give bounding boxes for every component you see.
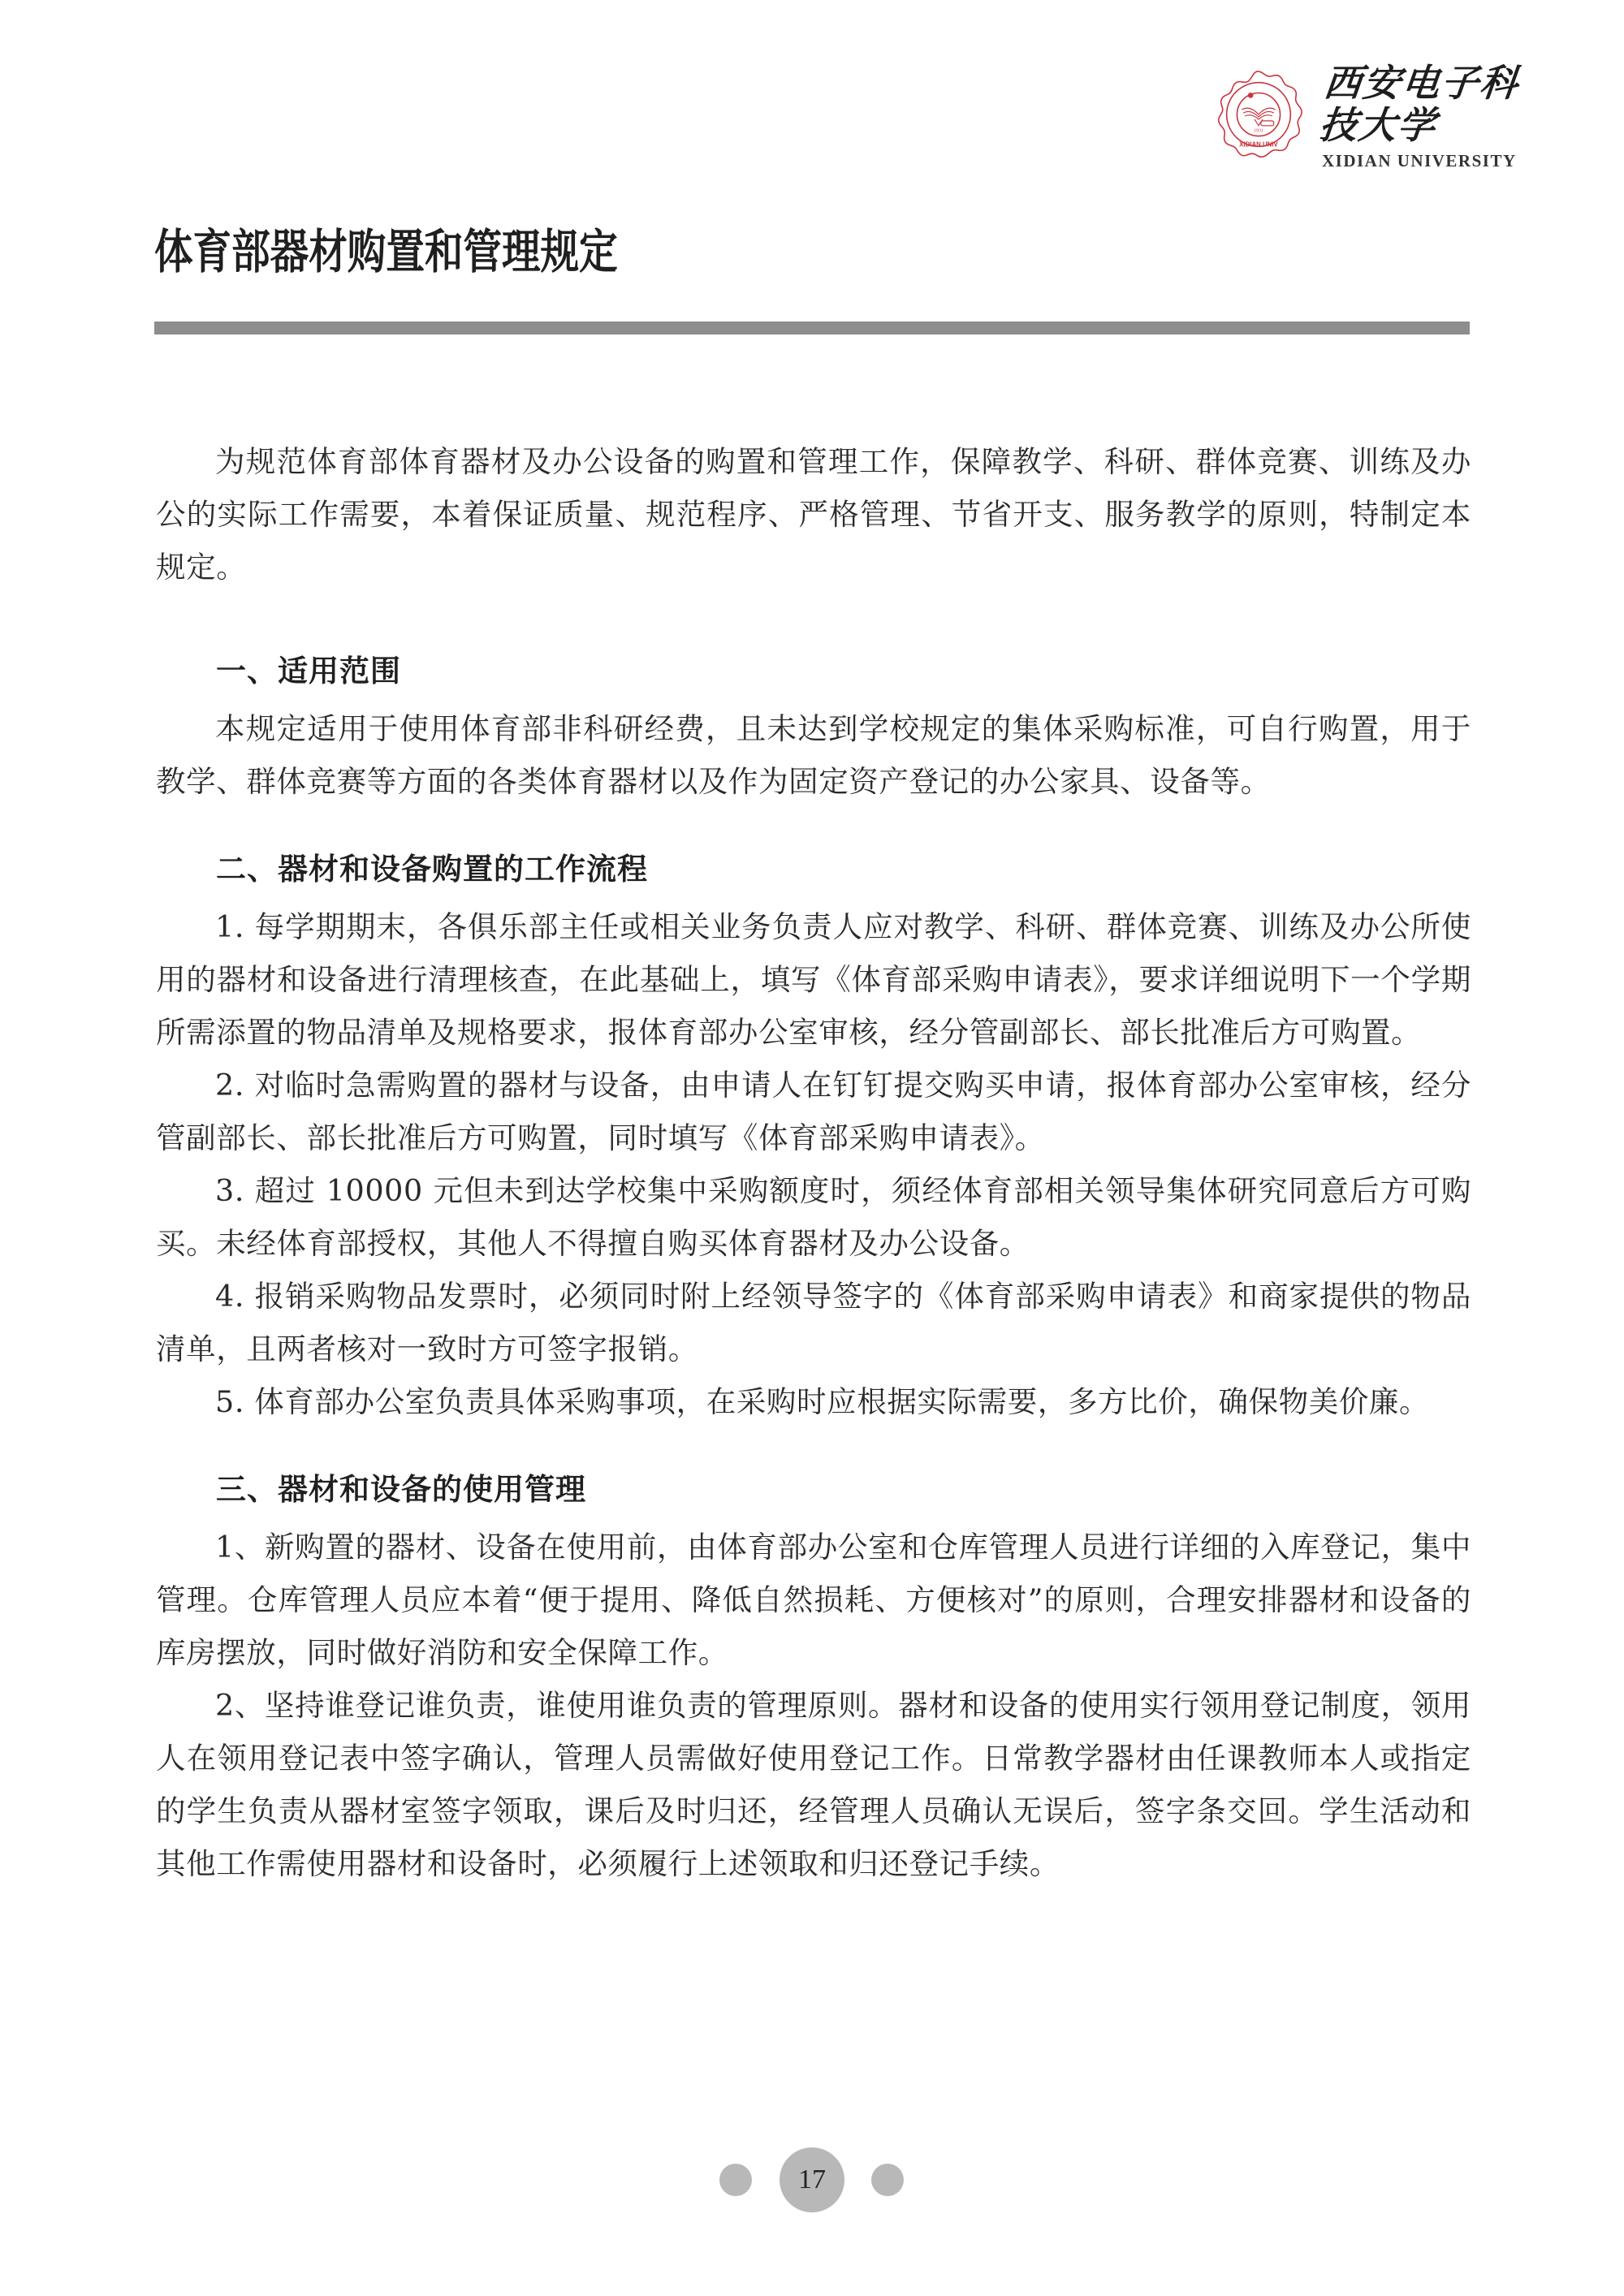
section-paragraph: 4. 报销采购物品发票时，必须同时附上经领导签字的《体育部采购申请表》和商家提供… xyxy=(156,1270,1471,1375)
svg-text:1931: 1931 xyxy=(1254,129,1263,134)
section-paragraph: 1. 每学期期末，各俱乐部主任或相关业务负责人应对教学、科研、群体竞赛、训练及办… xyxy=(156,900,1471,1059)
page-title: 体育部器材购置和管理规定 xyxy=(154,223,618,280)
logo-wordmark: 西安电子科技大学 XIDIAN UNIVERSITY xyxy=(1322,62,1551,170)
page-number: 17 xyxy=(780,2147,844,2212)
intro-paragraph: 为规范体育部体育器材及办公设备的购置和管理工作，保障教学、科研、群体竞赛、训练及… xyxy=(156,435,1471,593)
section-purchase-workflow: 二、器材和设备购置的工作流程 1. 每学期期末，各俱乐部主任或相关业务负责人应对… xyxy=(156,844,1471,1428)
section-usage-management: 三、器材和设备的使用管理 1、新购置的器材、设备在使用前，由体育部办公室和仓库管… xyxy=(156,1464,1471,1890)
decorative-dot-icon xyxy=(871,2164,904,2196)
section-paragraph: 1、新购置的器材、设备在使用前，由体育部办公室和仓库管理人员进行详细的入库登记，… xyxy=(156,1521,1471,1679)
section-heading: 三、器材和设备的使用管理 xyxy=(156,1464,1471,1516)
logo-english-name: XIDIAN UNIVERSITY xyxy=(1322,151,1517,170)
logo-chinese-name: 西安电子科技大学 xyxy=(1318,62,1556,146)
section-heading: 二、器材和设备购置的工作流程 xyxy=(156,844,1471,896)
university-logo: 1931 XIDIAN UNIV 西安电子科技大学 XIDIAN UNIVERS… xyxy=(1210,68,1551,164)
section-scope: 一、适用范围 本规定适用于使用体育部非科研经费，且未达到学校规定的集体采购标准，… xyxy=(156,645,1471,808)
university-seal-icon: 1931 XIDIAN UNIV xyxy=(1210,68,1306,164)
decorative-dot-icon xyxy=(719,2164,752,2196)
section-heading: 一、适用范围 xyxy=(156,645,1471,697)
section-paragraph: 5. 体育部办公室负责具体采购事项，在采购时应根据实际需要，多方比价，确保物美价… xyxy=(156,1375,1471,1428)
spacer xyxy=(156,593,1471,645)
title-divider xyxy=(154,322,1470,334)
section-paragraph: 2. 对临时急需购置的器材与设备，由申请人在钉钉提交购买申请，报体育部办公室审核… xyxy=(156,1059,1471,1164)
section-paragraph: 本规定适用于使用体育部非科研经费，且未达到学校规定的集体采购标准，可自行购置，用… xyxy=(156,702,1471,808)
spacer xyxy=(156,808,1471,844)
page-indicator: 17 xyxy=(0,2143,1624,2216)
section-paragraph: 2、坚持谁登记谁负责，谁使用谁负责的管理原则。器材和设备的使用实行领用登记制度，… xyxy=(156,1679,1471,1890)
section-paragraph: 3. 超过 10000 元但未到达学校集中采购额度时，须经体育部相关领导集体研究… xyxy=(156,1164,1471,1270)
svg-text:XIDIAN UNIV: XIDIAN UNIV xyxy=(1239,140,1278,148)
spacer xyxy=(156,1428,1471,1464)
document-body: 为规范体育部体育器材及办公设备的购置和管理工作，保障教学、科研、群体竞赛、训练及… xyxy=(156,435,1471,1890)
